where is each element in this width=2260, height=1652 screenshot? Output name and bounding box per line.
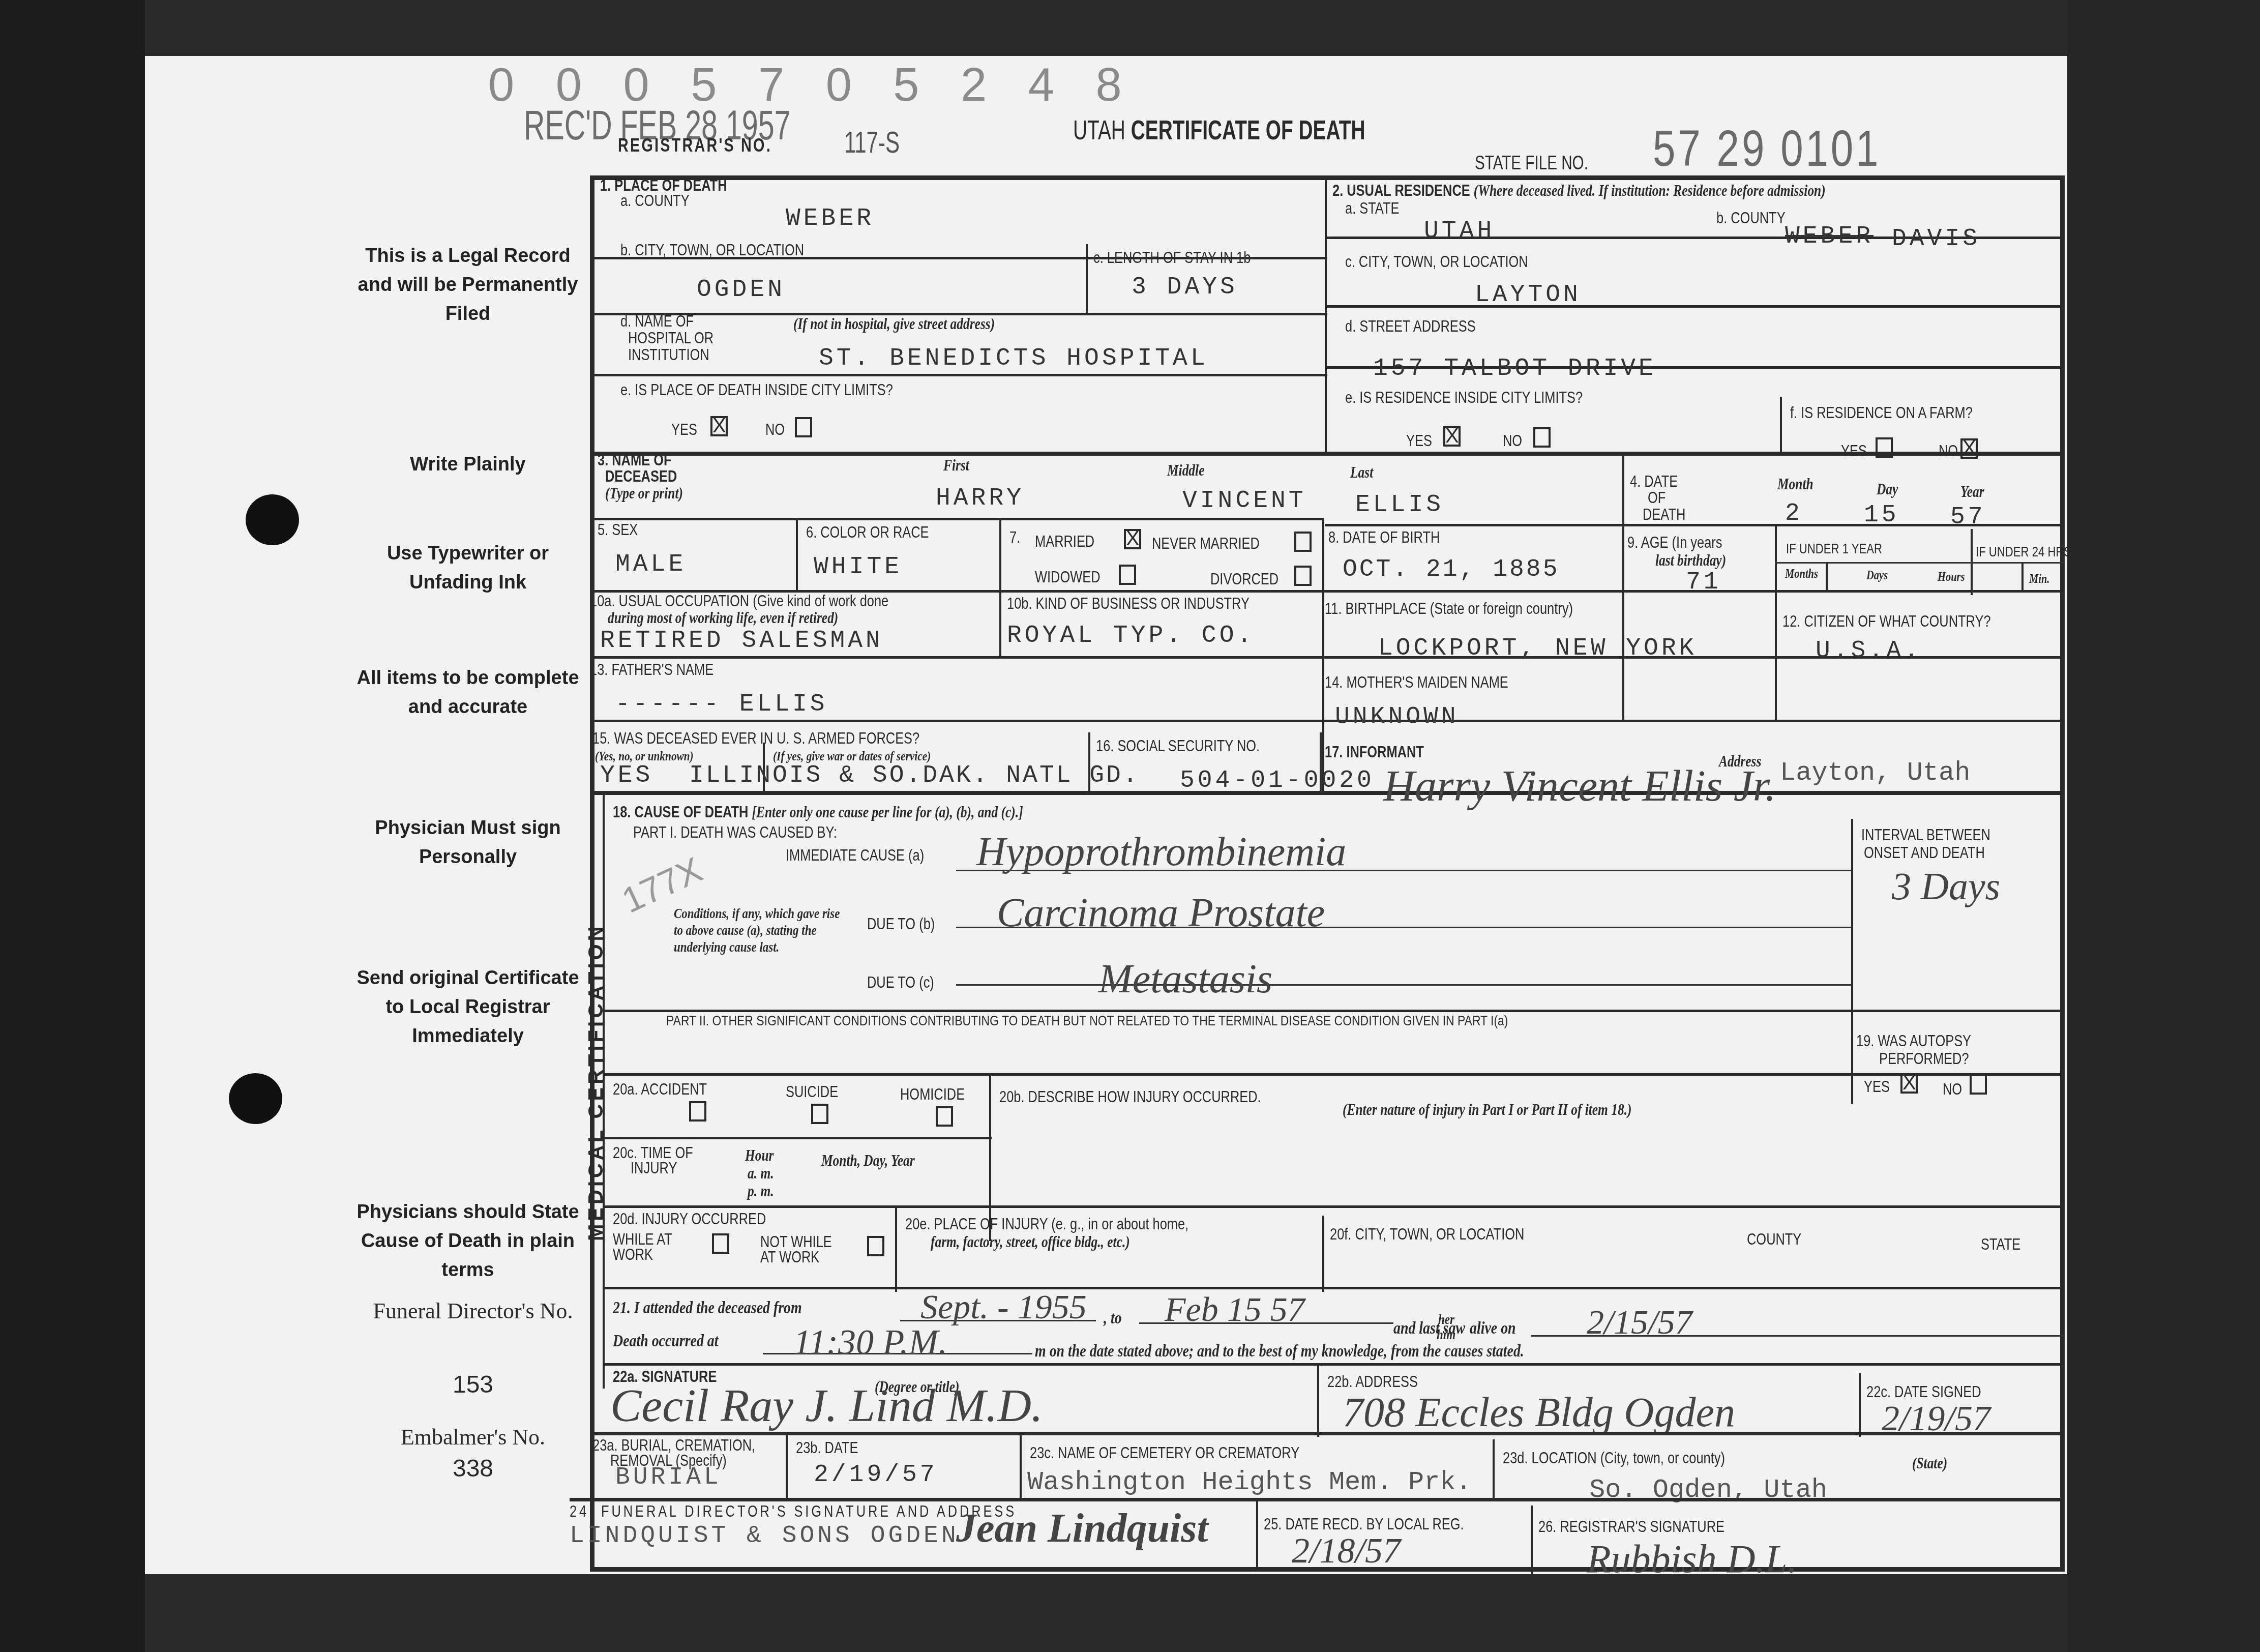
divider <box>603 1287 2065 1289</box>
punch-hole <box>229 1073 282 1124</box>
date-received-value: 2/18/57 <box>1292 1531 1401 1572</box>
county-label: b. COUNTY <box>1716 210 1786 227</box>
divider <box>786 1434 788 1498</box>
divider <box>603 1137 992 1139</box>
informant-label: 17. INFORMANT <box>1325 744 1424 761</box>
divider <box>1775 524 1777 722</box>
age-value: 71 <box>1686 570 1721 595</box>
registrar-no-label: REGISTRAR'S NO. <box>618 135 772 156</box>
date-of-death-label: OF <box>1648 489 1666 507</box>
last-label: Last <box>1350 464 1373 481</box>
him-label: him <box>1437 1326 1455 1344</box>
due-to-c-value: Metastasis <box>1098 956 1272 1002</box>
death-occurred-suffix: m on the date stated above; and to the b… <box>1035 1343 1524 1360</box>
birthplace-value: LOCKPORT, NEW YORK <box>1378 636 1697 661</box>
physician-address-label: 22b. ADDRESS <box>1327 1373 1418 1391</box>
cause-of-death-heading: 18. CAUSE OF DEATH [Enter only one cause… <box>613 804 1023 821</box>
divider <box>1851 819 1853 1104</box>
physician-signature: Cecil Ray J. Lind M.D. <box>610 1378 1043 1432</box>
under-1-year-label: IF UNDER 1 YEAR <box>1786 540 1882 557</box>
divider <box>1531 1506 1533 1574</box>
occupation-label: 10a. USUAL OCCUPATION (Give kind of work… <box>590 593 888 610</box>
death-occurred-value: 11:30 P.M. <box>793 1322 947 1363</box>
day-label: Day <box>1877 481 1898 498</box>
title-text: CERTIFICATE OF DEATH <box>1131 115 1365 145</box>
margin-note-write-plainly: Write Plainly <box>356 450 580 479</box>
hospital-label: d. NAME OF <box>620 313 694 330</box>
cemetery-label: 23c. NAME OF CEMETERY OR CREMATORY <box>1030 1444 1299 1462</box>
immediate-cause-value: Hypoprothrombinemia <box>976 829 1346 875</box>
residence-street-value: 157 TALBOT DRIVE <box>1373 356 1656 381</box>
length-of-stay-label: c. LENGTH OF STAY IN 1b <box>1093 249 1251 267</box>
year-label: Year <box>1960 483 1984 500</box>
no-label: NO <box>765 421 785 438</box>
under-24-hours-label: IF UNDER 24 HRS. <box>1976 543 2074 560</box>
homicide-checkbox[interactable] <box>936 1106 953 1127</box>
margin-note-plain-terms: Physicians should State Cause of Death i… <box>356 1198 580 1285</box>
county-label: a. COUNTY <box>620 192 690 210</box>
punch-hole <box>246 494 299 545</box>
residence-city-value: LAYTON <box>1475 282 1581 308</box>
hospital-label: HOSPITAL OR <box>628 330 713 347</box>
attended-label: 21. I attended the deceased from <box>613 1300 802 1317</box>
city-label: c. CITY, TOWN, OR LOCATION <box>1345 253 1528 271</box>
father-name-label: 13. FATHER'S NAME <box>590 661 713 678</box>
citizen-value: U.S.A. <box>1816 638 1922 664</box>
married-checkbox[interactable]: X <box>1124 529 1141 549</box>
due-to-c-line <box>956 984 1851 986</box>
describe-injury-hint: (Enter nature of injury in Part I or Par… <box>1343 1101 1631 1118</box>
funeral-director-value: LINDQUIST & SONS OGDEN <box>570 1523 959 1549</box>
sex-label: 5. SEX <box>598 521 638 539</box>
occupation-value: RETIRED SALESMAN <box>600 628 883 654</box>
never-married-checkbox[interactable] <box>1294 532 1312 552</box>
page-title: UTAH CERTIFICATE OF DEATH <box>1073 114 1365 146</box>
divider <box>590 1432 2065 1435</box>
month-label: Month <box>1777 476 1813 493</box>
father-name-value: ------ ELLIS <box>615 692 828 717</box>
no-label: NO <box>1943 1081 1962 1098</box>
homicide-label: HOMICIDE <box>900 1086 965 1103</box>
divider <box>1086 244 1088 315</box>
death-occurred-label: Death occurred at <box>613 1333 719 1350</box>
date-of-death-label: DEATH <box>1643 506 1685 523</box>
widowed-checkbox[interactable] <box>1119 565 1136 585</box>
accident-checkbox[interactable] <box>689 1101 706 1122</box>
service-value: ILLINOIS & SO.DAK. NATL GD. <box>689 763 1140 788</box>
disposition-value: BURIAL <box>615 1465 722 1490</box>
funeral-director-no-label: Funeral Director's No. <box>351 1297 595 1325</box>
birthplace-label: 11. BIRTHPLACE (State or foreign country… <box>1325 600 1573 617</box>
her-label: her <box>1438 1311 1454 1329</box>
months-label: Months <box>1785 566 1818 583</box>
death-year-value: 57 <box>1950 505 1986 530</box>
residence-inside-city-no-checkbox[interactable] <box>1533 427 1551 448</box>
divider <box>1325 175 1327 455</box>
minutes-label: Min. <box>2029 571 2049 588</box>
divider <box>1020 1434 1022 1498</box>
divider <box>2021 562 2024 593</box>
divider <box>796 518 798 592</box>
attended-from-value: Sept. - 1955 <box>920 1287 1087 1327</box>
funeral-director-no: 153 <box>351 1371 595 1399</box>
divider <box>1325 305 2065 308</box>
immediate-cause-label: IMMEDIATE CAUSE (a) <box>786 847 924 864</box>
marital-num: 7. <box>1009 529 1020 546</box>
residence-inside-city-label: e. IS RESIDENCE INSIDE CITY LIMITS? <box>1345 389 1583 406</box>
divider <box>895 1208 897 1292</box>
hospital-label: INSTITUTION <box>628 346 709 364</box>
name-label: DECEASED <box>605 468 677 485</box>
informant-address-value: Layton, Utah <box>1780 758 1970 788</box>
funeral-director-signature: Jean Lindquist <box>956 1506 1208 1552</box>
divorced-checkbox[interactable] <box>1294 566 1312 586</box>
middle-name-value: VINCENT <box>1182 488 1306 514</box>
attended-to-value: Feb 15 57 <box>1165 1289 1305 1330</box>
pm-label: p. m. <box>748 1183 774 1200</box>
name-label: 3. NAME OF <box>598 452 671 469</box>
divider <box>1859 1373 1861 1437</box>
margin-note-complete: All items to be complete and accurate <box>356 664 580 722</box>
inside-city-label: e. IS PLACE OF DEATH INSIDE CITY LIMITS? <box>620 381 893 399</box>
mother-name-value: UNKNOWN <box>1335 704 1459 730</box>
yes-label: YES <box>1864 1078 1890 1096</box>
business-value: ROYAL TYP. CO. <box>1007 623 1255 648</box>
location-label: 23d. LOCATION (City, town, or county) <box>1503 1450 1725 1467</box>
no-label: NO <box>1939 442 1958 460</box>
interval-label: INTERVAL BETWEEN <box>1861 827 1990 844</box>
margin-note-legal: This is a Legal Record and will be Perma… <box>356 242 580 329</box>
divorced-label: DIVORCED <box>1210 571 1278 588</box>
scan-background-left <box>0 0 145 1652</box>
hospital-hint: (If not in hospital, give street address… <box>793 315 995 333</box>
date-of-death-label: 4. DATE <box>1630 473 1678 490</box>
autopsy-yes-checkbox[interactable]: X <box>1900 1073 1918 1094</box>
divider <box>1493 1439 1495 1500</box>
first-label: First <box>943 457 969 474</box>
due-to-b-label: DUE TO (b) <box>867 916 935 933</box>
autopsy-label: PERFORMED? <box>1879 1050 1969 1068</box>
autopsy-label: 19. WAS AUTOPSY <box>1856 1032 1971 1050</box>
not-while-at-work-label: AT WORK <box>760 1249 819 1266</box>
divider <box>590 374 1327 376</box>
informant-address-label: Address <box>1719 753 1761 770</box>
autopsy-no-checkbox[interactable] <box>1970 1074 1987 1095</box>
mother-name-label: 14. MOTHER'S MAIDEN NAME <box>1325 674 1508 691</box>
death-inside-city-yes-checkbox[interactable]: X <box>710 416 728 436</box>
while-at-work-label: WORK <box>613 1246 653 1263</box>
state-label: a. STATE <box>1345 200 1399 217</box>
no-label: NO <box>1503 432 1522 450</box>
date-signed-label: 22c. DATE SIGNED <box>1866 1383 1981 1401</box>
name-hint: (Type or print) <box>605 485 683 502</box>
state-label: (State) <box>1912 1455 1947 1472</box>
due-to-c-label: DUE TO (c) <box>867 974 934 991</box>
last-name-value: ELLIS <box>1355 492 1444 518</box>
yes-label: YES <box>671 421 697 438</box>
age-label: 9. AGE (In years <box>1627 534 1722 551</box>
age-hint: last birthday) <box>1655 552 1726 569</box>
divider <box>1317 1366 1319 1437</box>
to-label: , to <box>1104 1310 1122 1327</box>
residence-state-value: UTAH <box>1424 219 1495 244</box>
not-while-at-work-checkbox[interactable] <box>867 1236 884 1256</box>
death-city-value: OGDEN <box>697 277 785 303</box>
due-to-b-value: Carcinoma Prostate <box>997 890 1325 936</box>
part2-label: PART II. OTHER SIGNIFICANT CONDITIONS CO… <box>666 1012 1508 1029</box>
suicide-checkbox[interactable] <box>811 1104 828 1124</box>
cemetery-value: Washington Heights Mem. Prk. <box>1027 1467 1472 1497</box>
title-prefix: UTAH <box>1073 115 1125 145</box>
disposition-date-value: 2/19/57 <box>814 1462 938 1488</box>
interval-value: 3 Days <box>1892 865 2000 909</box>
disposition-date-label: 23b. DATE <box>796 1439 858 1457</box>
divider <box>1826 562 1828 593</box>
injury-occurred-label: 20d. INJURY OCCURRED <box>613 1211 766 1228</box>
injury-state-label: STATE <box>1981 1236 2020 1253</box>
date-received-label: 25. DATE RECD. BY LOCAL REG. <box>1264 1516 1464 1533</box>
time-of-injury-label: INJURY <box>631 1160 677 1177</box>
farm-yes-checkbox[interactable] <box>1876 437 1893 458</box>
usual-residence-heading: 2. USUAL RESIDENCE (Where deceased lived… <box>1332 182 1826 199</box>
injury-city-label: 20f. CITY, TOWN, OR LOCATION <box>1330 1226 1524 1243</box>
margin-note-physician-sign: Physician Must sign Personally <box>356 814 580 872</box>
city-label: b. CITY, TOWN, OR LOCATION <box>620 242 804 259</box>
occupation-hint: during most of working life, even if ret… <box>608 609 838 627</box>
divider <box>999 518 1001 658</box>
race-label: 6. COLOR OR RACE <box>806 524 929 541</box>
part1-label: PART I. DEATH WAS CAUSED BY: <box>633 824 837 841</box>
medical-certification-label: MEDICAL CERTIFICATION <box>585 924 608 1242</box>
yes-label: YES <box>1841 442 1867 460</box>
divider <box>570 1498 2065 1501</box>
alive-on-label: alive on <box>1470 1320 1516 1337</box>
state-file-number: 57 29 0101 <box>1653 120 1881 178</box>
registrar-signature-value: Rubbish D.L. <box>1587 1536 1797 1582</box>
margin-note-typewriter: Use Typewriter or Unfading Ink <box>356 539 580 597</box>
divider <box>603 1205 2065 1208</box>
registrar-no: 117-S <box>844 125 900 160</box>
scan-background-right <box>2067 0 2260 1652</box>
street-label: d. STREET ADDRESS <box>1345 318 1476 335</box>
death-month-value: 2 <box>1785 501 1803 526</box>
state-file-label: STATE FILE NO. <box>1475 153 1588 174</box>
conditions-hint: Conditions, if any, which gave rise to a… <box>674 905 849 956</box>
divider <box>590 720 2065 722</box>
widowed-label: WIDOWED <box>1035 569 1100 586</box>
month-day-year-label: Month, Day, Year <box>821 1152 915 1169</box>
business-label: 10b. KIND OF BUSINESS OR INDUSTRY <box>1007 595 1250 612</box>
am-label: a. m. <box>748 1165 774 1182</box>
embalmer-no: 338 <box>351 1455 595 1483</box>
embalmer-no-label: Embalmer's No. <box>351 1424 595 1450</box>
suicide-label: SUICIDE <box>786 1083 838 1101</box>
hospital-value: ST. BENEDICTS HOSPITAL <box>819 346 1208 371</box>
physician-address-value: 708 Eccles Bldg Ogden <box>1343 1389 1735 1436</box>
race-value: WHITE <box>814 554 902 580</box>
armed-forces-value: YES <box>600 763 653 788</box>
length-of-stay-value: 3 DAYS <box>1132 275 1238 300</box>
residence-county-struck: WEBER <box>1785 224 1874 249</box>
first-name-value: HARRY <box>936 486 1024 511</box>
armed-forces-label: 15. WAS DECEASED EVER IN U. S. ARMED FOR… <box>592 730 919 747</box>
informant-signature: Harry Vincent Ellis Jr. <box>1383 760 1776 811</box>
divider <box>603 1073 2065 1076</box>
sex-value: MALE <box>615 552 686 577</box>
while-at-work-checkbox[interactable] <box>712 1233 729 1254</box>
place-of-injury-hint: farm, factory, street, office bldg., etc… <box>931 1233 1130 1251</box>
describe-injury-label: 20b. DESCRIBE HOW INJURY OCCURRED. <box>999 1088 1261 1106</box>
margin-note-send-original: Send original Certificate to Local Regis… <box>356 964 580 1051</box>
farm-no-checkbox[interactable]: X <box>1960 438 1978 459</box>
registrar-signature-label: 26. REGISTRAR'S SIGNATURE <box>1538 1518 1724 1536</box>
injury-county-label: COUNTY <box>1747 1231 1801 1248</box>
interval-label: ONSET AND DEATH <box>1864 844 1985 862</box>
days-label: Days <box>1866 567 1888 584</box>
death-day-value: 15 <box>1864 503 1899 528</box>
death-county-value: WEBER <box>786 206 874 231</box>
accident-label: 20a. ACCIDENT <box>613 1081 707 1098</box>
dob-value: OCT. 21, 1885 <box>1343 557 1559 582</box>
farm-label: f. IS RESIDENCE ON A FARM? <box>1790 404 1973 422</box>
yes-label: YES <box>1406 432 1432 450</box>
hour-label: Hour <box>745 1147 774 1164</box>
residence-inside-city-yes-checkbox[interactable]: X <box>1443 426 1461 447</box>
ssn-label: 16. SOCIAL SECURITY NO. <box>1096 737 1260 755</box>
never-married-label: NEVER MARRIED <box>1152 535 1260 552</box>
death-inside-city-no-checkbox[interactable] <box>795 417 812 437</box>
divider <box>603 1363 2065 1366</box>
place-of-injury-label: 20e. PLACE OF INJURY (e. g., in or about… <box>905 1216 1188 1233</box>
married-label: MARRIED <box>1035 533 1094 550</box>
citizen-label: 12. CITIZEN OF WHAT COUNTRY? <box>1782 613 1991 630</box>
middle-label: Middle <box>1167 462 1204 479</box>
residence-county-value: DAVIS <box>1892 226 1980 252</box>
divider <box>1256 1500 1258 1572</box>
dob-label: 8. DATE OF BIRTH <box>1328 529 1440 546</box>
divider <box>590 518 1322 520</box>
divider <box>1780 397 1782 455</box>
divider <box>1322 1216 1324 1292</box>
funeral-director-label: 24. FUNERAL DIRECTOR'S SIGNATURE AND ADD… <box>570 1503 1017 1520</box>
hours-label: Hours <box>1938 569 1965 586</box>
ssn-value: 504-01-0020 <box>1180 768 1375 793</box>
alive-on-value: 2/15/57 <box>1587 1302 1692 1342</box>
divider <box>1622 453 1624 722</box>
